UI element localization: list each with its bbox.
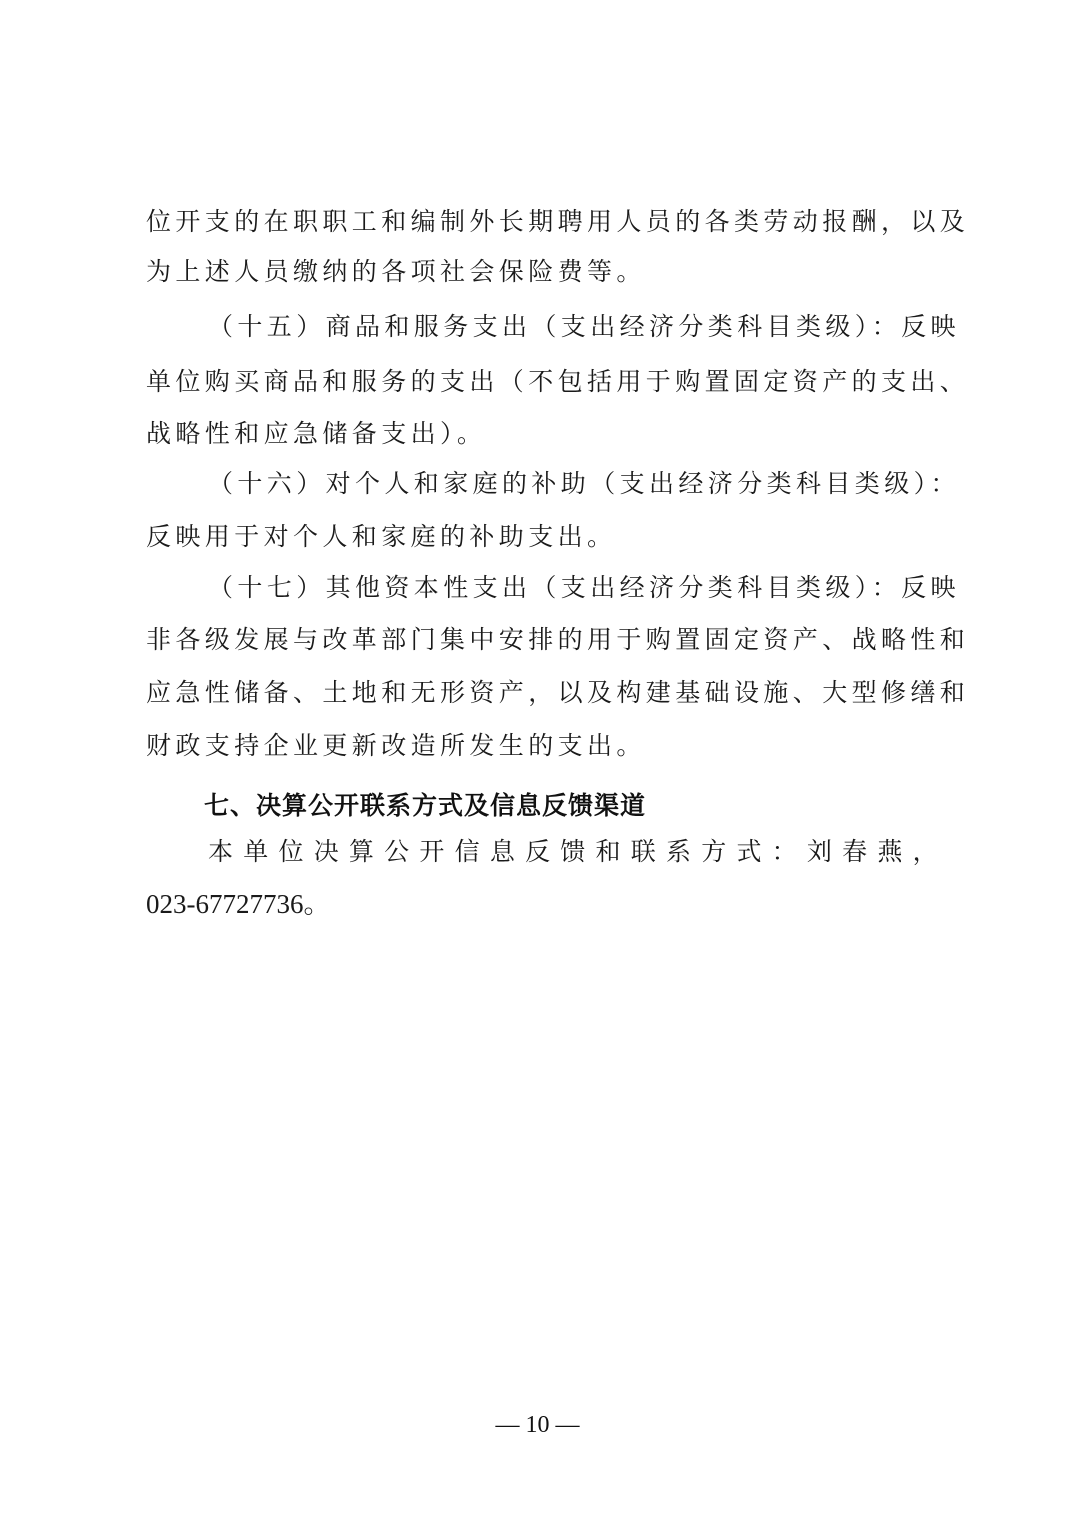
paragraph-line: 非各级发展与改革部门集中安排的用于购置固定资产、战略性和 [146, 624, 942, 656]
item-15-heading-line: （十五）商品和服务支出（支出经济分类科目类级）：反映 [208, 311, 942, 343]
paragraph-line: 财政支持企业更新改造所发生的支出。 [146, 730, 942, 762]
paragraph-line: 战略性和应急储备支出）。 [146, 418, 942, 450]
paragraph-line: 单位购买商品和服务的支出（不包括用于购置固定资产的支出、 [146, 366, 942, 398]
paragraph-line: 应急性储备、土地和无形资产，以及构建基础设施、大型修缮和 [146, 677, 942, 709]
document-page: 位开支的在职职工和编制外长期聘用人员的各类劳动报酬，以及 为上述人员缴纳的各项社… [0, 0, 1075, 1520]
page-number: — 10 — [0, 1410, 1075, 1440]
contact-phone: 023-67727736。 [146, 888, 942, 920]
paragraph-line: 位开支的在职职工和编制外长期聘用人员的各类劳动报酬，以及 [146, 206, 942, 238]
contact-line: 本单位决算公开信息反馈和联系方式：刘春燕， [208, 836, 942, 868]
item-17-heading-line: （十七）其他资本性支出（支出经济分类科目类级）：反映 [208, 572, 942, 604]
paragraph-line: 反映用于对个人和家庭的补助支出。 [146, 521, 942, 553]
paragraph-line: 为上述人员缴纳的各项社会保险费等。 [146, 256, 942, 288]
item-16-heading-line: （十六）对个人和家庭的补助（支出经济分类科目类级）： [208, 468, 942, 500]
section-heading: 七、决算公开联系方式及信息反馈渠道 [204, 790, 646, 822]
